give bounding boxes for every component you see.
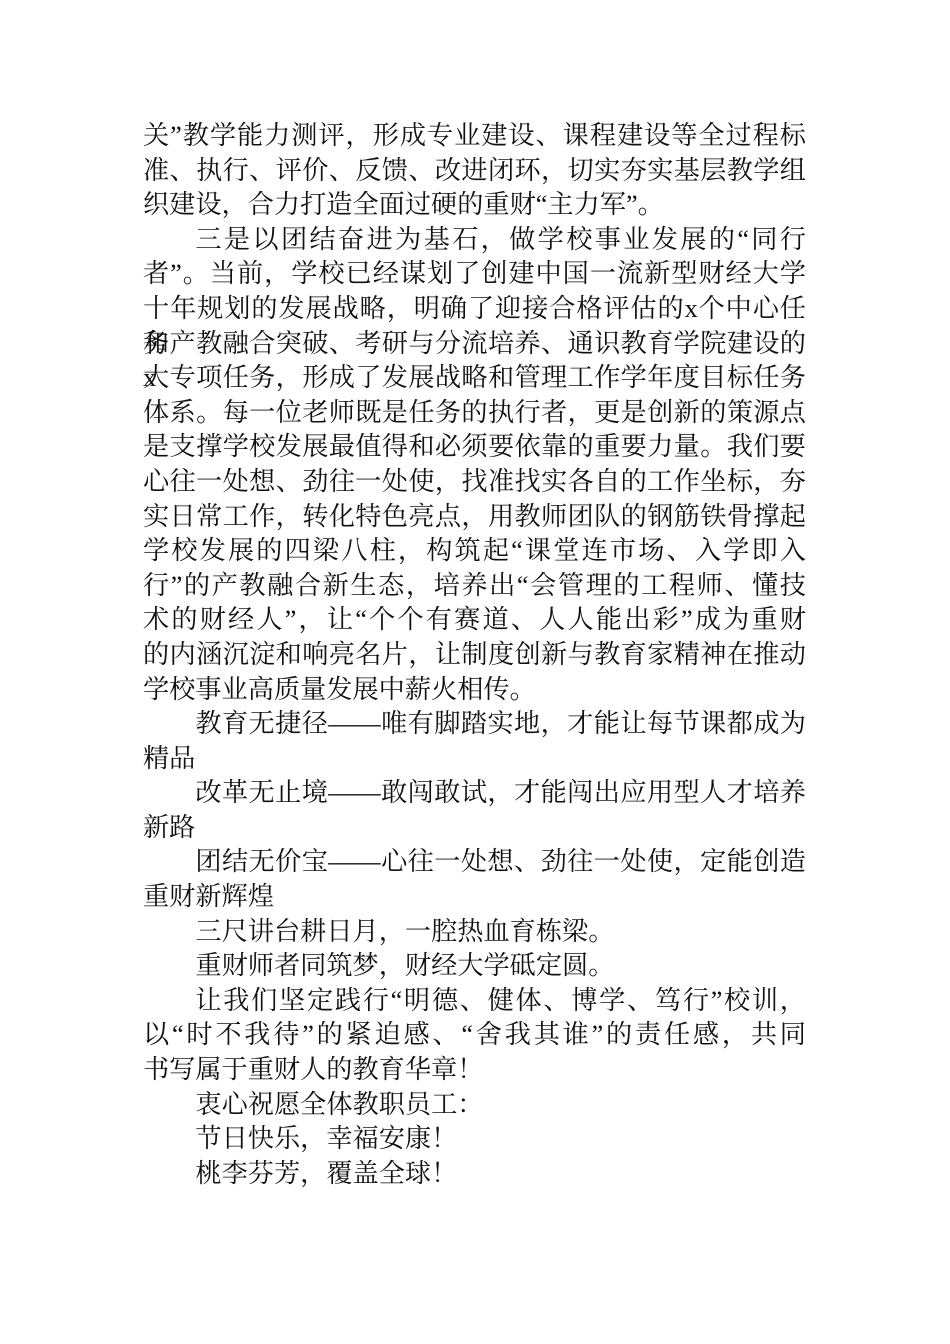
text-line: 改革无止境——敢闯敢试，才能闯出应用型人才培养 [143,776,806,811]
text-line: 以“时不我待”的紧迫感、“舍我其谁”的责任感，共同 [143,1018,806,1053]
text-line: 三是以团结奋进为基石，做学校事业发展的“同行 [143,223,806,258]
text-line: 衷心祝愿全体教职员工： [143,1088,806,1123]
text-line: 书写属于重财人的教育华章！ [143,1053,806,1088]
text-line: 重财新辉煌 [143,880,806,915]
document-text-block: 关”教学能力测评，形成专业建设、课程建设等全过程标准、执行、评价、反馈、改进闭环… [143,119,806,1191]
text-line: 精品 [143,742,806,777]
text-line: 学校事业高质量发展中薪火相传。 [143,673,806,708]
text-line: 大专项任务，形成了发展战略和管理工作学年度目标任务 [143,361,806,396]
text-line: 桃李芬芳，覆盖全球！ [143,1157,806,1192]
document-page: 关”教学能力测评，形成专业建设、课程建设等全过程标准、执行、评价、反馈、改进闭环… [0,0,950,1344]
text-line: 重财师者同筑梦，财经大学砥定圆。 [143,949,806,984]
text-line: 新路 [143,811,806,846]
text-line: 实日常工作，转化特色亮点，用教师团队的钢筋铁骨撑起 [143,500,806,535]
text-line: 是支撑学校发展最值得和必须要依靠的重要力量。我们要 [143,430,806,465]
text-line: 教育无捷径——唯有脚踏实地，才能让每节课都成为 [143,707,806,742]
text-line: 学校发展的四梁八柱，构筑起“课堂连市场、入学即入 [143,534,806,569]
text-line: 节日快乐，幸福安康！ [143,1122,806,1157]
text-line: 行”的产教融合新生态，培养出“会管理的工程师、懂技 [143,569,806,604]
text-line: 关”教学能力测评，形成专业建设、课程建设等全过程标 [143,119,806,154]
text-line: 者”。当前，学校已经谋划了创建中国一流新型财经大学 [143,257,806,292]
text-line: 的内涵沉淀和响亮名片，让制度创新与教育家精神在推动 [143,638,806,673]
text-line: 和产教融合突破、考研与分流培养、通识教育学院建设的x [143,327,806,362]
text-line: 心往一处想、劲往一处使，找准找实各自的工作坐标，夯 [143,465,806,500]
text-line: 准、执行、评价、反馈、改进闭环，切实夯实基层教学组 [143,154,806,189]
text-line: 体系。每一位老师既是任务的执行者，更是创新的策源点 [143,396,806,431]
text-line: 十年规划的发展战略，明确了迎接合格评估的x个中心任务 [143,292,806,327]
text-line: 织建设，合力打造全面过硬的重财“主力军”。 [143,188,806,223]
text-line: 三尺讲台耕日月，一腔热血育栋梁。 [143,915,806,950]
text-line: 术的财经人”，让“个个有赛道、人人能出彩”成为重财 [143,603,806,638]
text-line: 团结无价宝——心往一处想、劲往一处使，定能创造 [143,845,806,880]
text-line: 让我们坚定践行“明德、健体、博学、笃行”校训， [143,984,806,1019]
